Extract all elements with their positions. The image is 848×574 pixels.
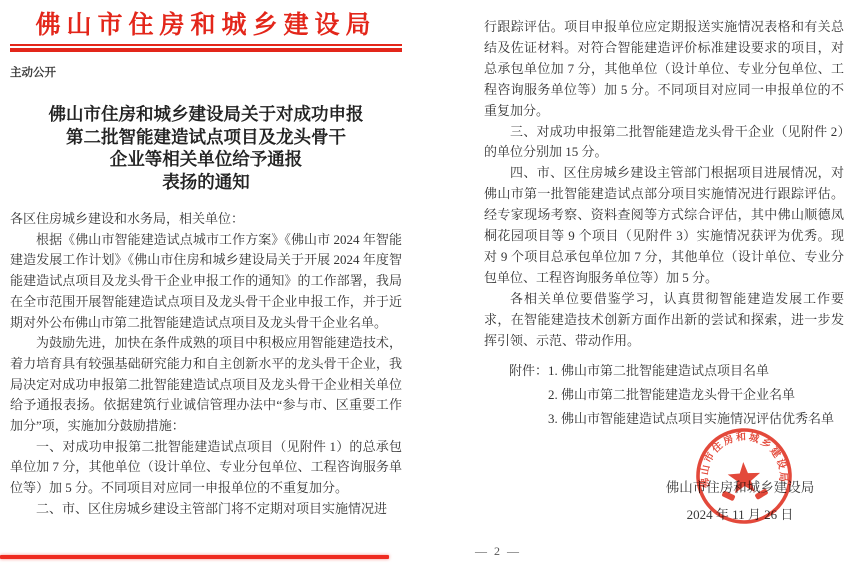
attachment-item-2: 2. 佛山市第二批智能建造龙头骨干企业名单 <box>548 383 834 407</box>
attachments-list: 1. 佛山市第二批智能建造试点项目名单 2. 佛山市第二批智能建造龙头骨干企业名… <box>548 359 834 431</box>
document-title: 佛山市住房和城乡建设局关于对成功申报 第二批智能建造试点项目及龙头骨干 企业等相… <box>10 103 402 193</box>
next-page-letterhead-edge <box>0 555 389 559</box>
official-seal: 佛山市住房和城乡建设局 <box>691 423 796 528</box>
document-title-line-3: 企业等相关单位给予通报 <box>110 149 303 169</box>
document-title-line-1: 佛山市住房和城乡建设局关于对成功申报 <box>49 104 364 124</box>
body-text-left: 各区住房城乡建设和水务局，相关单位： 根据《佛山市智能建造试点城市工作方案》《佛… <box>10 209 402 520</box>
letterhead-rule-thin <box>10 44 402 46</box>
document-title-line-2: 第二批智能建造试点项目及龙头骨干 <box>66 127 346 147</box>
salutation-line: 各区住房城乡建设和水务局，相关单位： <box>10 209 402 230</box>
document-title-line-4: 表扬的通知 <box>162 172 250 192</box>
seal-star-icon <box>727 461 761 493</box>
seal-mark-right <box>754 488 768 500</box>
body-text-right: 行跟踪评估。项目申报单位应定期报送实施情况表格和有关总结及佐证材料。对符合智能建… <box>484 17 844 352</box>
paragraph: 为鼓励先进，加快在条件成熟的项目中积极应用智能建造技术，着力培育具有较强基础研究… <box>10 333 402 437</box>
paragraph-item-4: 四、市、区住房城乡建设主管部门根据项目进展情况，对佛山市第一批智能建造试点部分项… <box>484 163 844 288</box>
seal-mark-left <box>721 490 735 501</box>
official-seal-graphic: 佛山市住房和城乡建设局 <box>691 423 796 528</box>
paragraph-item-2-continued: 行跟踪评估。项目申报单位应定期报送实施情况表格和有关总结及佐证材料。对符合智能建… <box>484 17 844 122</box>
letterhead-rule-thick <box>10 48 402 52</box>
paragraph-item-2-start: 二、市、区住房城乡建设主管部门将不定期对项目实施情况进 <box>10 499 402 520</box>
paragraph-item-1: 一、对成功申报第二批智能建造试点项目（见附件 1）的总承包单位加 7 分，其他单… <box>10 437 402 499</box>
paragraph: 根据《佛山市智能建造试点城市工作方案》《佛山市 2024 年智能建造发展工作计划… <box>10 230 402 334</box>
document-scan: 佛山市住房和城乡建设局 主动公开 佛山市住房和城乡建设局关于对成功申报 第二批智… <box>0 0 848 574</box>
letterhead-agency-title: 佛山市住房和城乡建设局 <box>10 5 402 41</box>
attachment-item-1: 1. 佛山市第二批智能建造试点项目名单 <box>548 359 834 383</box>
paragraph-item-3: 三、对成功申报第二批智能建造龙头骨干企业（见附件 2）的单位分别加 15 分。 <box>484 122 844 164</box>
disclosure-label: 主动公开 <box>10 64 402 80</box>
attachments-block: 附件： 1. 佛山市第二批智能建造试点项目名单 2. 佛山市第二批智能建造龙头骨… <box>484 359 844 431</box>
paragraph-closing: 各相关单位要借鉴学习，认真贯彻智能建造发展工作要求，在智能建造技术创新方面作出新… <box>484 289 844 352</box>
page-1: 佛山市住房和城乡建设局 主动公开 佛山市住房和城乡建设局关于对成功申报 第二批智… <box>10 0 402 574</box>
attachments-label: 附件： <box>509 359 548 431</box>
page-number: — 2 — <box>448 544 548 559</box>
